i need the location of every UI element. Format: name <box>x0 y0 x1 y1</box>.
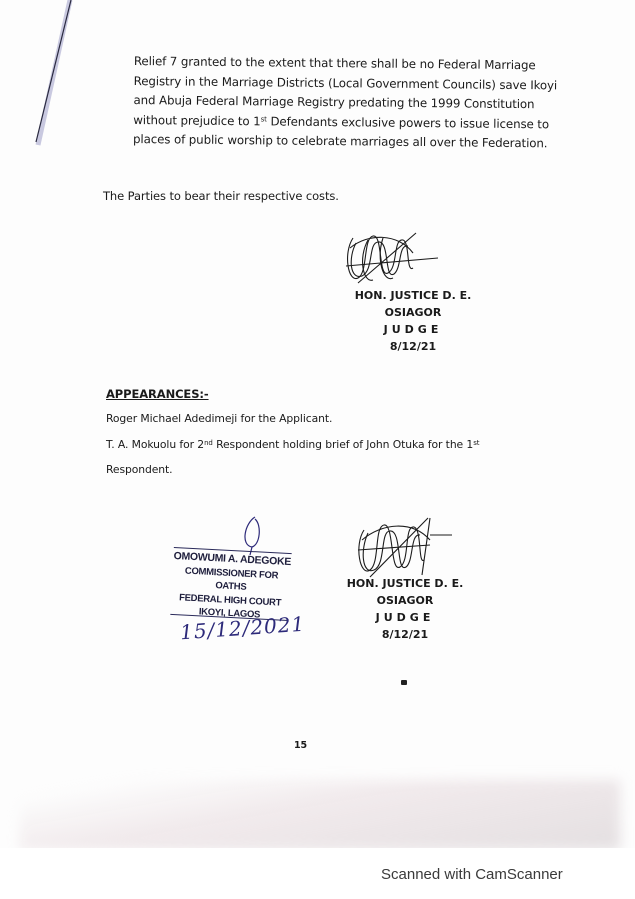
judge-name: HON. JUSTICE D. E. OSIAGOR <box>328 287 498 321</box>
scanned-page: Relief 7 granted to the extent that ther… <box>0 0 635 848</box>
page-edge-shadow <box>0 0 80 160</box>
appearances-heading: APPEARANCES:- <box>106 385 209 403</box>
scan-shadow <box>20 780 620 848</box>
appearance-respondent: T. A. Mokuolu for 2nd Respondent holding… <box>106 436 479 454</box>
page-number: 15 <box>294 737 307 755</box>
judge-name: HON. JUSTICE D. E. OSIAGOR <box>320 575 490 609</box>
commissioner-initial <box>230 515 270 555</box>
judge-signature-block: HON. JUSTICE D. E. OSIAGOR JUDGE 8/12/21 <box>320 575 490 643</box>
commissioner-oaths-stamp: OMOWUMI A. ADEGOKE COMMISSIONER FOR OATH… <box>170 547 291 621</box>
camscanner-watermark: Scanned with CamScanner <box>381 866 563 883</box>
judge-title: JUDGE <box>320 609 490 626</box>
costs-line: The Parties to bear their respective cos… <box>103 187 339 205</box>
judge-title: JUDGE <box>328 321 498 338</box>
judge-signature-block: HON. JUSTICE D. E. OSIAGOR JUDGE 8/12/21 <box>328 287 498 355</box>
signature-date: 8/12/21 <box>320 626 490 643</box>
appearance-respondent-cont: Respondent. <box>106 461 173 479</box>
appearance-applicant: Roger Michael Adedimeji for the Applican… <box>106 410 332 428</box>
relief-paragraph: Relief 7 granted to the extent that ther… <box>133 52 534 154</box>
relief-line: places of public worship to celebrate ma… <box>133 130 533 154</box>
ink-mark <box>401 680 407 685</box>
signature-date: 8/12/21 <box>328 338 498 355</box>
